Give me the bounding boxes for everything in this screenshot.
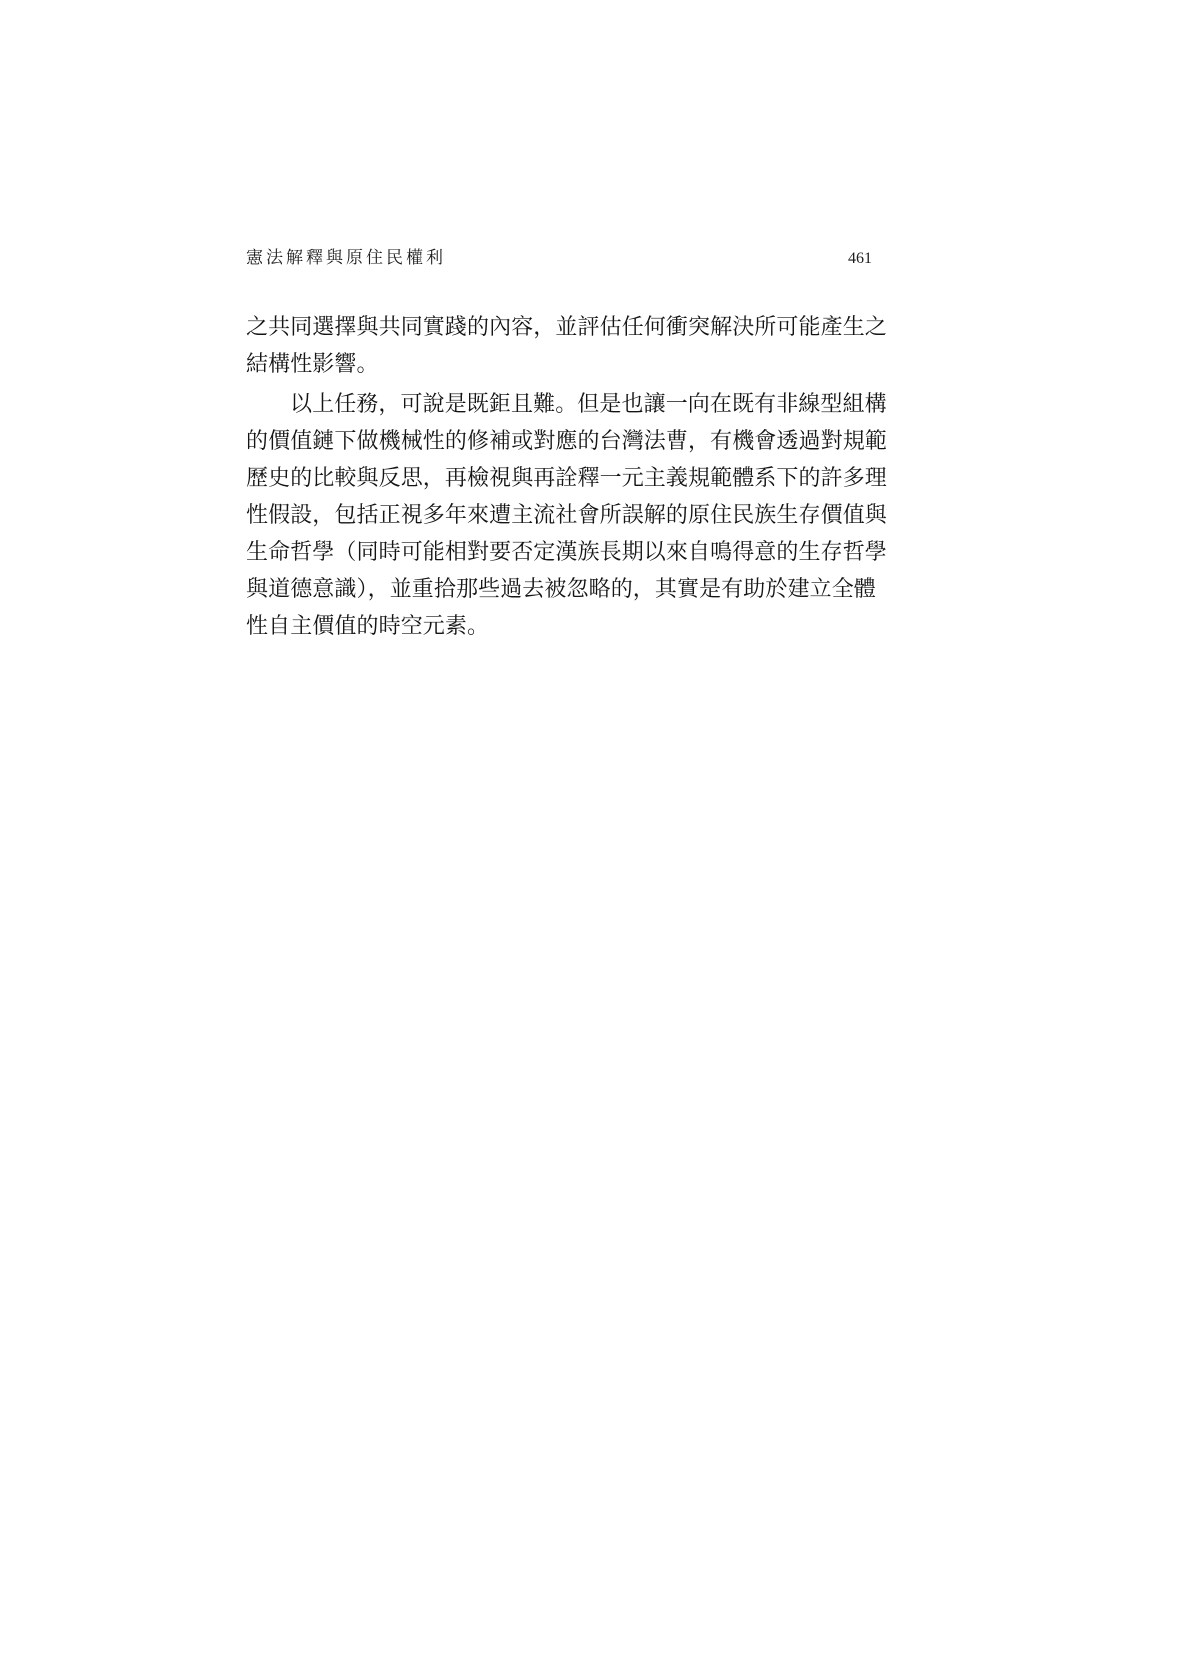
body-text: 之共同選擇與共同實踐的內容，並評估任何衝突解決所可能產生之 結構性影響。 以上任… [246, 308, 890, 644]
document-page: 憲法解釋與原住民權利 461 之共同選擇與共同實踐的內容，並評估任何衝突解決所可… [0, 0, 1177, 1664]
text-line: 的價值鏈下做機械性的修補或對應的台灣法曹，有機會透過對規範 [246, 422, 890, 459]
text-line: 生命哲學（同時可能相對要否定漢族長期以來自鳴得意的生存哲學 [246, 533, 890, 570]
text-line: 結構性影響。 [246, 345, 890, 382]
paragraph-2: 以上任務，可說是既鉅且難。但是也讓一向在既有非線型組構 的價值鏈下做機械性的修補… [246, 385, 890, 644]
text-line: 性假設，包括正視多年來遭主流社會所誤解的原住民族生存價值與 [246, 496, 890, 533]
text-line: 性自主價值的時空元素。 [246, 607, 890, 644]
paragraph-1: 之共同選擇與共同實踐的內容，並評估任何衝突解決所可能產生之 結構性影響。 [246, 308, 890, 382]
text-line: 以上任務，可說是既鉅且難。但是也讓一向在既有非線型組構 [246, 385, 890, 422]
text-line: 與道德意識），並重拾那些過去被忽略的，其實是有助於建立全體 [246, 570, 890, 607]
running-header: 憲法解釋與原住民權利 461 [246, 243, 886, 268]
text-line: 歷史的比較與反思，再檢視與再詮釋一元主義規範體系下的許多理 [246, 459, 890, 496]
header-title: 憲法解釋與原住民權利 [246, 243, 446, 268]
text-line: 之共同選擇與共同實踐的內容，並評估任何衝突解決所可能產生之 [246, 308, 890, 345]
page-number: 461 [848, 250, 872, 268]
